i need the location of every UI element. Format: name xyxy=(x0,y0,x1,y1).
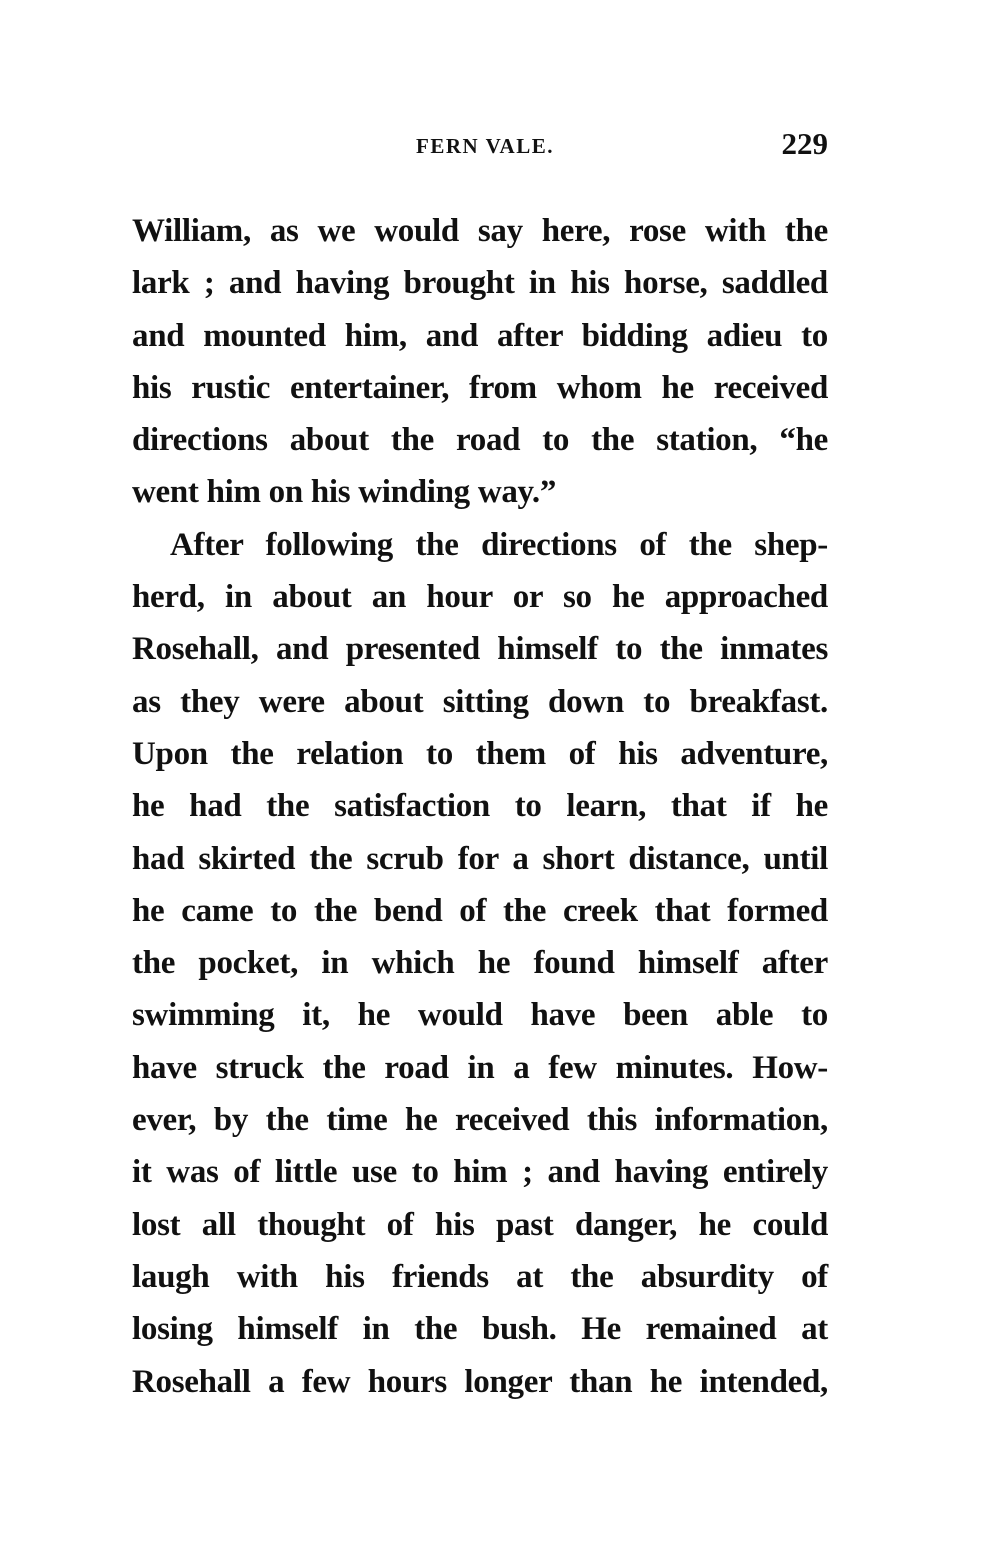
running-title: FERN VALE. xyxy=(132,134,828,159)
text-line: directions about the road to the station… xyxy=(132,414,828,466)
text-line: the pocket, in which he found himself af… xyxy=(132,937,828,989)
text-line: herd, in about an hour or so he approach… xyxy=(132,571,828,623)
text-line: laugh with his friends at the absurdity … xyxy=(132,1251,828,1303)
paragraph-2: After following the directions of the sh… xyxy=(132,519,828,1408)
text-line: he had the satisfaction to learn, that i… xyxy=(132,780,828,832)
text-line: Upon the relation to them of his adventu… xyxy=(132,728,828,780)
book-page: FERN VALE. 229 William, as we would say … xyxy=(0,0,1000,1555)
text-line: it was of little use to him ; and having… xyxy=(132,1146,828,1198)
body-text: William, as we would say here, rose with… xyxy=(132,205,828,1408)
text-line: losing himself in the bush. He remained … xyxy=(132,1303,828,1355)
text-line: Rosehall a few hours longer than he inte… xyxy=(132,1356,828,1408)
text-line: as they were about sitting down to break… xyxy=(132,676,828,728)
text-line: had skirted the scrub for a short distan… xyxy=(132,833,828,885)
text-line: lark ; and having brought in his horse, … xyxy=(132,257,828,309)
text-line: have struck the road in a few minutes. H… xyxy=(132,1042,828,1094)
text-line: Rosehall, and presented himself to the i… xyxy=(132,623,828,675)
text-line: After following the directions of the sh… xyxy=(132,519,828,571)
text-line: lost all thought of his past danger, he … xyxy=(132,1199,828,1251)
text-line: William, as we would say here, rose with… xyxy=(132,205,828,257)
running-head: FERN VALE. 229 xyxy=(132,126,828,166)
text-line: ever, by the time he received this infor… xyxy=(132,1094,828,1146)
text-line: he came to the bend of the creek that fo… xyxy=(132,885,828,937)
text-line: and mounted him, and after bidding adieu… xyxy=(132,310,828,362)
text-line: went him on his winding way.” xyxy=(132,466,828,518)
text-line: swimming it, he would have been able to xyxy=(132,989,828,1041)
text-line: his rustic entertainer, from whom he rec… xyxy=(132,362,828,414)
page-number: 229 xyxy=(782,126,829,162)
paragraph-1: William, as we would say here, rose with… xyxy=(132,205,828,519)
